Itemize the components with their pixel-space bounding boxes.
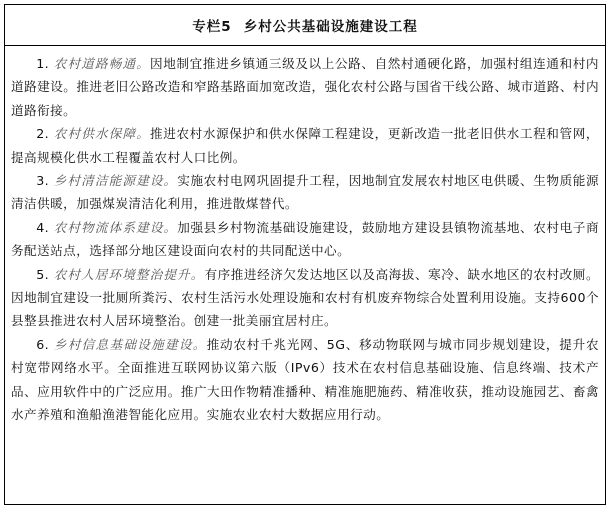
column-header: 专栏5乡村公共基础设施建设工程	[5, 5, 605, 46]
item-number: 5.	[36, 267, 49, 282]
item-number: 3.	[36, 173, 49, 188]
item-lead: 乡村清洁能源建设。	[54, 173, 178, 188]
item-2: 2. 农村供水保障。推进农村水源保护和供水保障工程建设，更新改造一批老旧供水工程…	[11, 122, 599, 169]
special-column-box: 专栏5乡村公共基础设施建设工程 1. 农村道路畅通。因地制宜推进乡镇通三级及以上…	[4, 4, 606, 505]
item-lead: 农村供水保障。	[54, 126, 150, 141]
item-number: 2.	[36, 126, 49, 141]
item-4: 4. 农村物流体系建设。加强县乡村物流基础设施建设，鼓励地方建设县镇物流基地、农…	[11, 216, 599, 263]
item-lead: 农村人居环境整治提升。	[54, 267, 205, 282]
item-6: 6. 乡村信息基础设施建设。推动农村千兆光网、5G、移动物联网与城市同步规划建设…	[11, 333, 599, 427]
item-1: 1. 农村道路畅通。因地制宜推进乡镇通三级及以上公路、自然村通硬化路，加强村组连…	[11, 52, 599, 122]
column-body: 1. 农村道路畅通。因地制宜推进乡镇通三级及以上公路、自然村通硬化路，加强村组连…	[5, 46, 605, 427]
item-lead: 农村道路畅通。	[54, 56, 150, 71]
item-3: 3. 乡村清洁能源建设。实施农村电网巩固提升工程，因地制宜发展农村地区电供暖、生…	[11, 169, 599, 216]
column-heading: 乡村公共基础设施建设工程	[244, 19, 418, 35]
item-lead: 农村物流体系建设。	[54, 220, 178, 235]
item-5: 5. 农村人居环境整治提升。有序推进经济欠发达地区以及高海拔、寒冷、缺水地区的农…	[11, 263, 599, 333]
column-title: 专栏5乡村公共基础设施建设工程	[192, 15, 417, 35]
item-number: 1.	[36, 56, 49, 71]
column-label: 专栏5	[192, 19, 231, 35]
item-number: 6.	[36, 337, 49, 352]
item-number: 4.	[36, 220, 49, 235]
item-lead: 乡村信息基础设施建设。	[54, 337, 207, 352]
